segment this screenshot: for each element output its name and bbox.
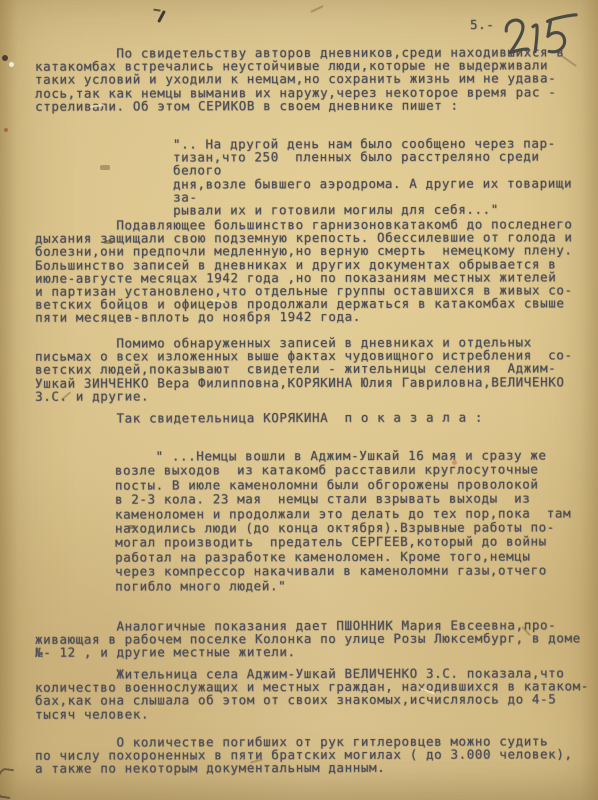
quote-serikov-diary: ".. На другой день нам было сообщено чер…: [173, 136, 583, 216]
paper-speck: [100, 165, 110, 170]
quote-koryakina: " ...Немцы вошли в Аджим-Ушкай 16 мая и …: [115, 448, 585, 593]
paragraph-velichenko: Жительница села Аджим-Ушкай ВЕЛИЧЕНКО З.…: [35, 666, 597, 720]
paper-speck: [2, 55, 8, 61]
paragraph-pshonnik: Аналогичные показания дает ПШОННИК Мария…: [35, 618, 597, 659]
pen-mark-corner: [0, 767, 14, 799]
paper-fiber: [310, 5, 324, 13]
paper-speck: [9, 62, 14, 67]
paragraph-intro: По свидетельству авторов дневников,среди…: [35, 45, 595, 112]
pen-mark: [157, 10, 166, 23]
page-number: 5.-: [470, 18, 494, 31]
paragraph-casualties: О количестве погибших от рук гитлеровцев…: [35, 734, 597, 775]
line-koryakina-intro: Так свидетельница КОРЯКИНА п о к а з а л…: [35, 410, 595, 425]
paper-speck: [104, 240, 113, 244]
paper-speck: [128, 525, 136, 529]
paragraph-witnesses: Помимо обнаруженных записей в дневниках …: [35, 335, 595, 402]
scanned-document-page: 5.- По свидетельству авторов дневников,с…: [0, 0, 598, 800]
paper-speck: [452, 460, 457, 465]
paper-speck: [4, 128, 8, 132]
paragraph-garrison: Подавляющее большинство гарнизоновкатако…: [35, 217, 595, 324]
